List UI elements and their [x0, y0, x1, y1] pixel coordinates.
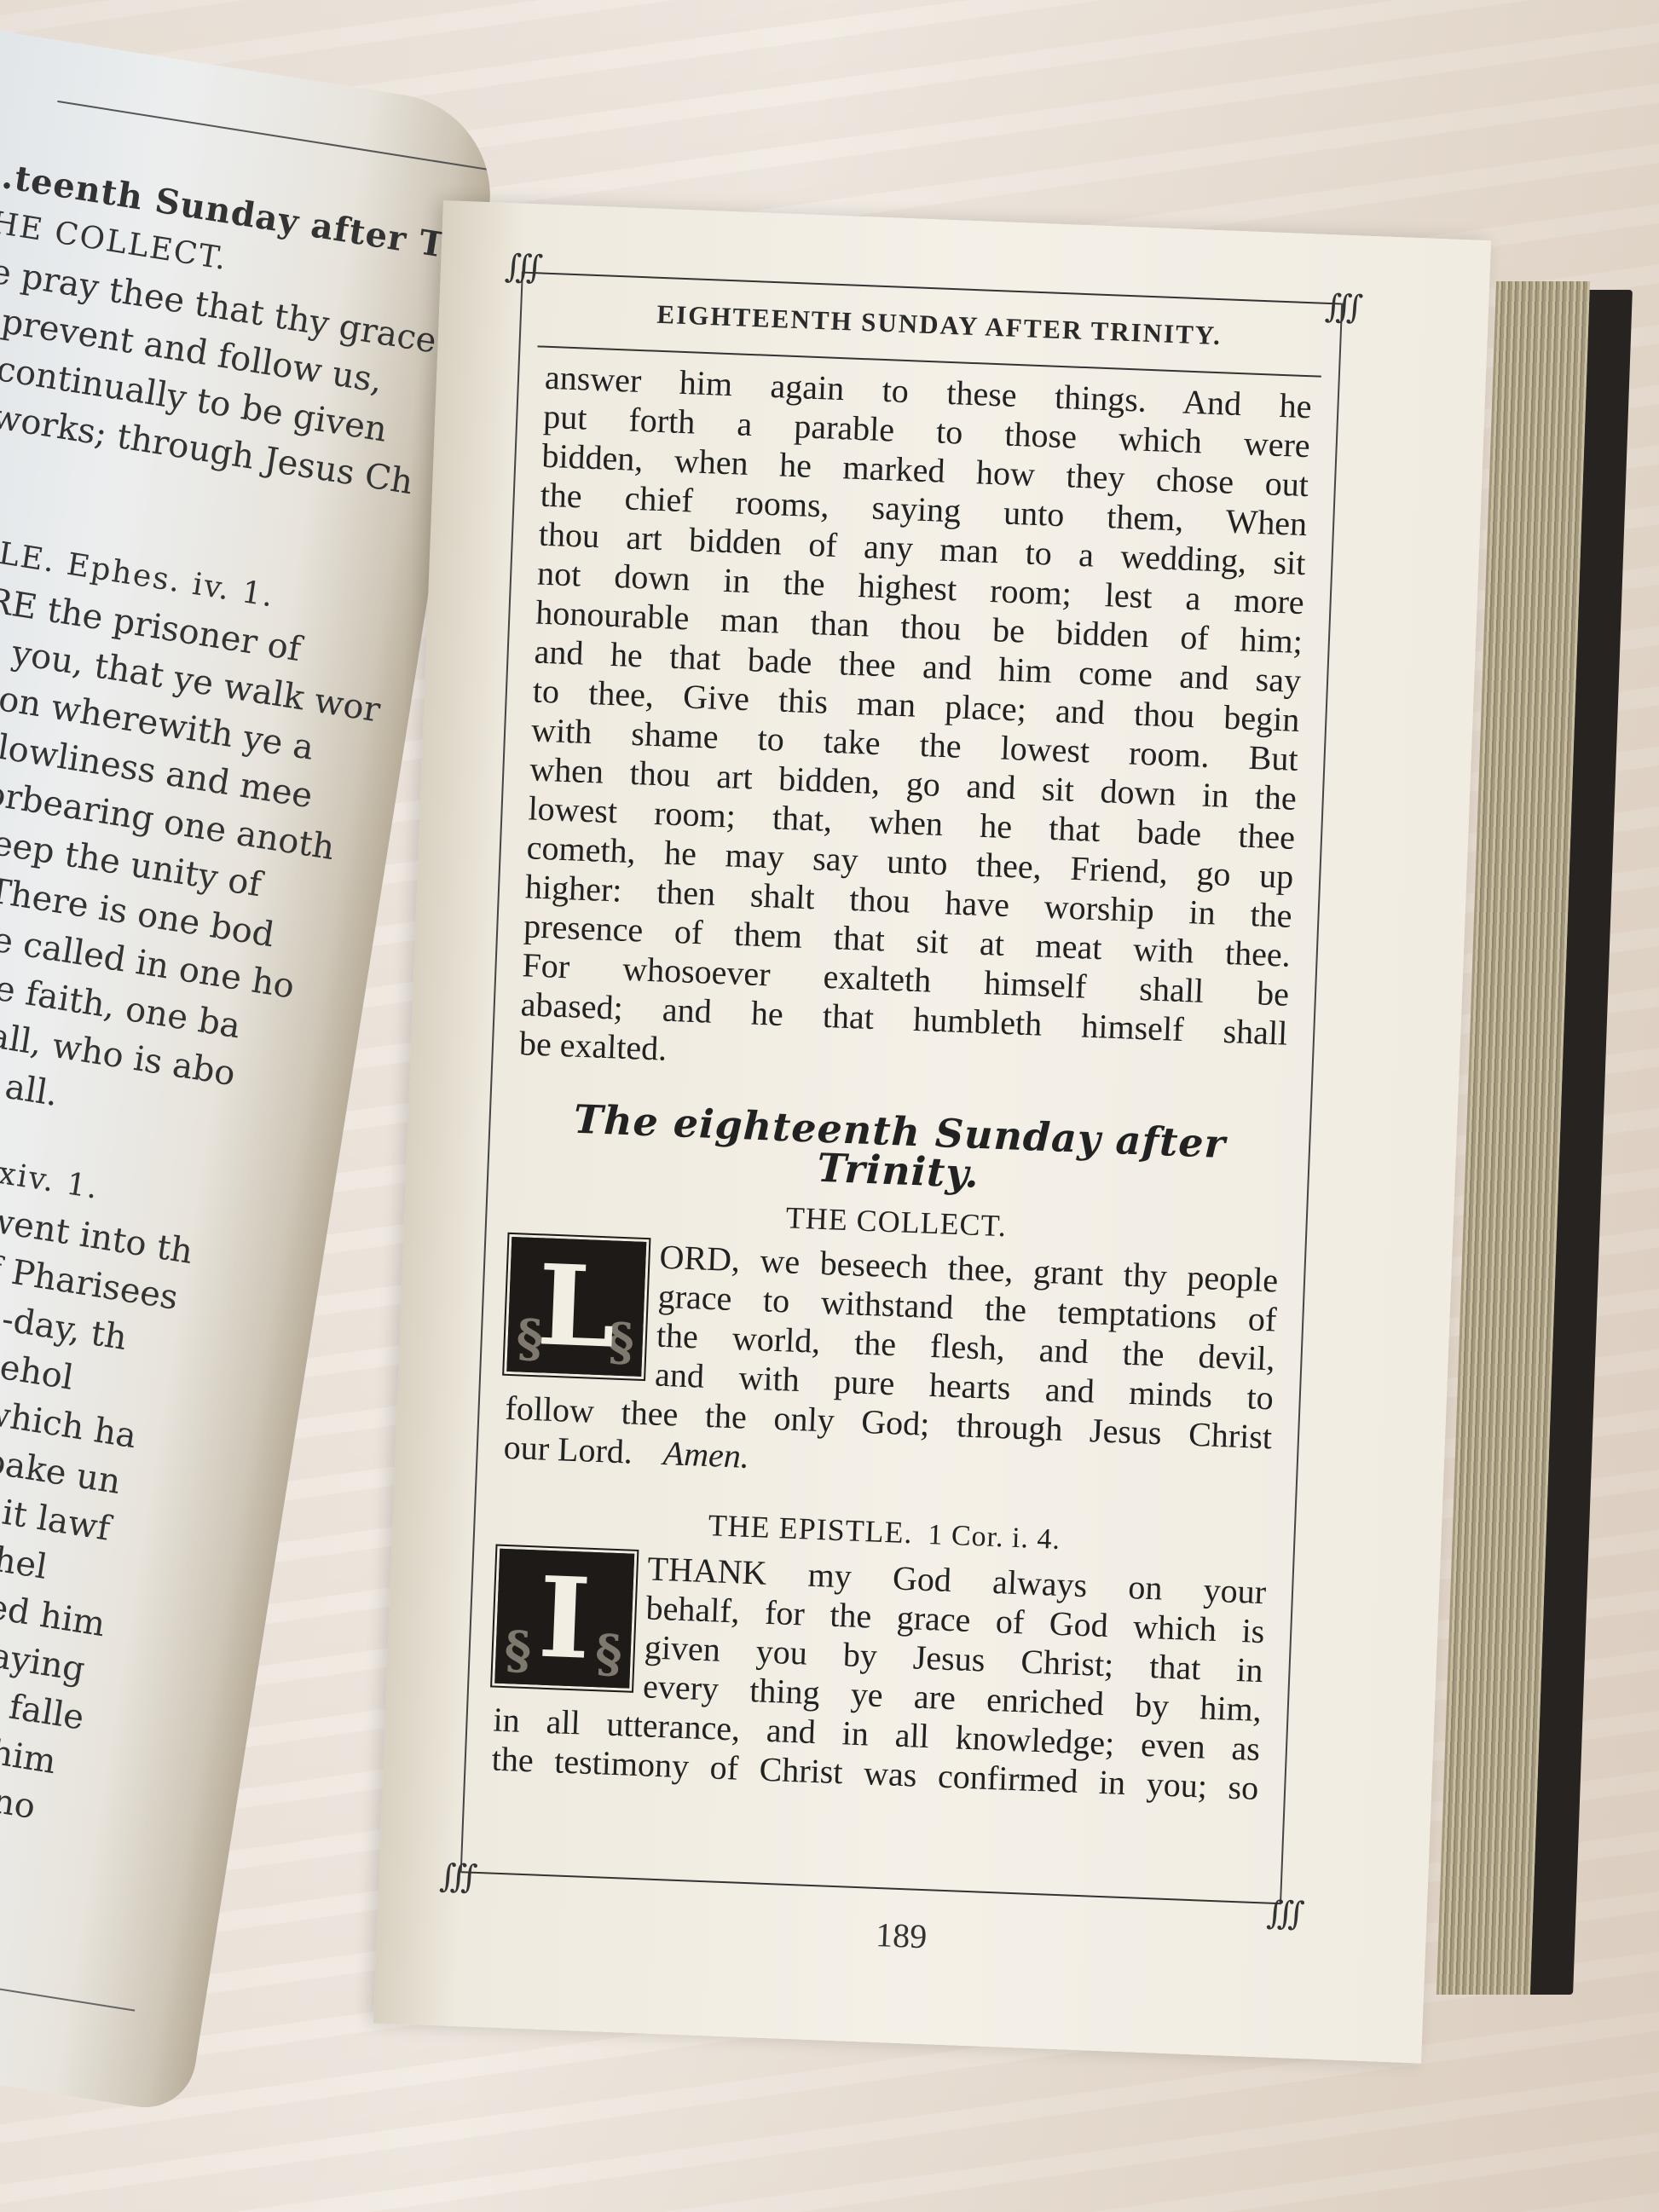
- collect-last-line: our Lord.: [503, 1428, 633, 1471]
- page-content: answer him again to these things. And he…: [491, 358, 1312, 1808]
- frame-bottom-rule: [462, 1871, 1280, 1904]
- amen: Amen.: [662, 1434, 750, 1476]
- corner-knot-icon: ∭: [1266, 1897, 1305, 1932]
- left-page-bottom-rule: [0, 1935, 135, 2012]
- running-head: EIGHTEENTH SUNDAY AFTER TRINITY.: [564, 296, 1315, 355]
- collect-body: L ORD, we beseech thee, grant thy people…: [503, 1232, 1279, 1496]
- right-page: ∭ ∭ ∭ ∭ EIGHTEENTH SUNDAY AFTER TRINITY.…: [373, 200, 1491, 2064]
- gospel-continuation: answer him again to these things. And he…: [518, 358, 1312, 1093]
- epistle-body: I THANK my God always on your behalf, fo…: [491, 1544, 1267, 1808]
- corner-knot-icon: ∭: [439, 1860, 478, 1894]
- epistle-title: THE EPISTLE.: [708, 1508, 913, 1550]
- left-page-top-rule: [57, 101, 505, 177]
- epistle-reference: 1 Cor. i. 4.: [928, 1519, 1061, 1556]
- ornamental-drop-cap-i: I: [494, 1549, 634, 1689]
- day-title: The eighteenth Sunday after Trinity.: [514, 1097, 1284, 1204]
- corner-knot-icon: ∭: [504, 251, 543, 285]
- page-border-frame: ∭ ∭ ∭ ∭ EIGHTEENTH SUNDAY AFTER TRINITY.…: [460, 272, 1343, 1905]
- ornamental-drop-cap-l: L: [506, 1237, 646, 1377]
- corner-knot-icon: ∭: [1324, 291, 1363, 325]
